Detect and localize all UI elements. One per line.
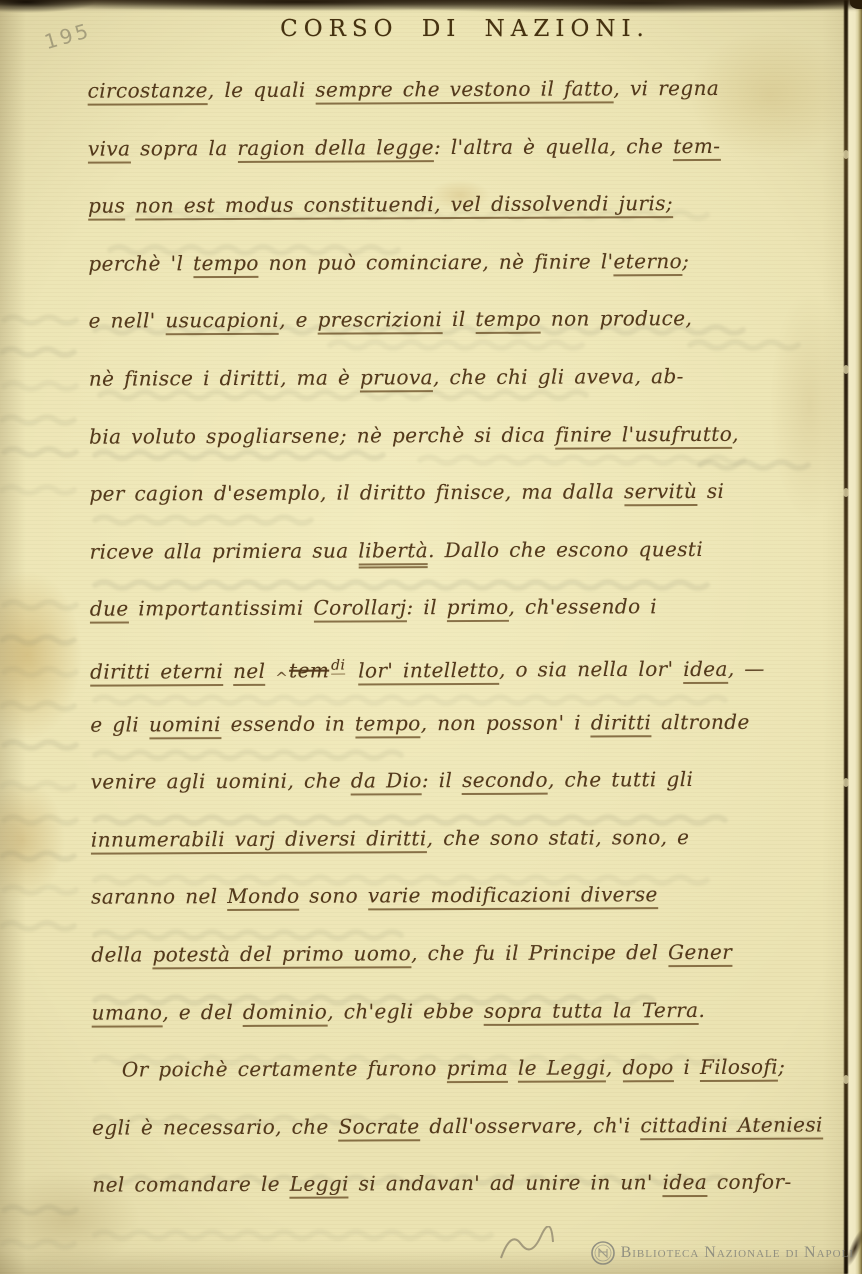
manuscript-word: , che sono stati, sono, e <box>427 825 690 850</box>
manuscript-page: 195 CORSO DI NAZIONI. circostanze, le qu… <box>0 0 862 1274</box>
manuscript-word: , che fu il Principe del <box>411 940 668 965</box>
manuscript-word: altronde <box>651 709 750 733</box>
page-title: CORSO DI NAZIONI. <box>280 16 650 42</box>
manuscript-word: , ch'essendo i <box>508 595 657 620</box>
manuscript-word-underlined: circostanze <box>88 78 208 106</box>
manuscript-word: , — <box>728 656 765 680</box>
ink-squiggle-mark <box>495 1226 559 1266</box>
manuscript-word-underlined: tempo <box>355 711 421 738</box>
manuscript-word: essendo in <box>221 711 355 736</box>
manuscript-word: , <box>732 421 739 445</box>
manuscript-word-underlined: diritti eterni <box>90 659 223 687</box>
manuscript-word-underlined: varie modificazioni diverse <box>368 882 658 910</box>
manuscript-line: perchè 'l tempo non può cominciare, nè f… <box>88 232 840 293</box>
manuscript-word-underlined: pruova <box>360 365 433 392</box>
manuscript-word: perchè 'l <box>88 251 193 275</box>
seam-chip <box>843 365 849 374</box>
manuscript-line: due importantissimi Corollarj: il primo,… <box>90 578 842 639</box>
manuscript-line: circostanze, le quali sempre che vestono… <box>87 59 839 120</box>
manuscript-word: dall'osservare, ch'i <box>420 1113 641 1138</box>
seam-chip <box>843 1075 849 1084</box>
manuscript-line: e nell' usucapioni, e prescrizioni il te… <box>88 290 840 351</box>
manuscript-line: della potestà del primo uomo, che fu il … <box>91 923 843 984</box>
manuscript-word: , ch'egli ebbe <box>327 998 484 1023</box>
manuscript-line: Or poichè certamente furono prima le Leg… <box>92 1038 844 1099</box>
next-page-edge <box>847 0 862 1274</box>
manuscript-word: e gli <box>90 712 149 736</box>
manuscript-word: : l'altra è quella, che <box>434 134 673 159</box>
pencil-folio-number: 195 <box>42 18 94 54</box>
manuscript-word-underlined: diritti <box>591 710 652 737</box>
manuscript-word: saranno nel <box>91 884 227 909</box>
manuscript-word: della <box>91 942 152 966</box>
manuscript-word-underlined: Socrate <box>338 1114 419 1141</box>
manuscript-word-underlined: Mondo <box>227 884 299 911</box>
manuscript-word-underlined: viva <box>88 136 131 163</box>
manuscript-word: bia voluto spogliarsene; nè perchè si di… <box>89 422 555 448</box>
manuscript-line: bia voluto spogliarsene; nè perchè si di… <box>89 405 841 466</box>
manuscript-word: ; <box>778 1055 785 1079</box>
manuscript-word-underlined: idea <box>663 1170 708 1197</box>
manuscript-word-underlined: prima <box>447 1056 509 1083</box>
manuscript-word: per cagion d'esemplo, il diritto finisce… <box>89 479 624 505</box>
manuscript-line: nè finisce i diritti, ma è pruova, che c… <box>89 347 841 408</box>
manuscript-word-underlined: le Leggi <box>518 1055 606 1082</box>
library-stamp: Biblioteca Nazionale di Napoli <box>590 1240 854 1266</box>
manuscript-word-underlined: usucapioni <box>165 308 279 335</box>
manuscript-word-underlined: eterno <box>613 249 682 276</box>
manuscript-word-underlined: sopra tutta la Terra <box>484 997 699 1025</box>
manuscript-word-underlined: Filosofi <box>700 1055 778 1082</box>
manuscript-line: per cagion d'esemplo, il diritto finisce… <box>89 463 841 524</box>
manuscript-line: venire agli uomini, che da Dio: il secon… <box>91 750 843 811</box>
manuscript-word-underlined: tem- <box>673 133 720 160</box>
manuscript-word: sono <box>299 884 367 908</box>
manuscript-word: , <box>606 1055 623 1079</box>
manuscript-line: riceve alla primiera sua libertà. Dallo … <box>90 520 842 581</box>
manuscript-word: venire agli uomini, che <box>91 769 351 794</box>
manuscript-word: : il <box>406 595 446 619</box>
seam-chip <box>843 488 849 497</box>
manuscript-word: il <box>442 307 475 331</box>
manuscript-word: , vi regna <box>613 76 719 100</box>
manuscript-word: sopra la <box>130 136 237 160</box>
manuscript-word-underlined: dopo <box>622 1055 673 1082</box>
manuscript-word: . Dallo che escono questi <box>428 537 703 562</box>
manuscript-word-underlined: Gener <box>668 940 732 967</box>
manuscript-word: , e del <box>162 999 243 1023</box>
manuscript-word <box>125 194 135 218</box>
manuscript-word-underlined: non est modus constituendi, vel dissolve… <box>135 191 673 220</box>
manuscript-word: si <box>697 479 724 503</box>
manuscript-word: , che tutti gli <box>548 767 693 792</box>
manuscript-word <box>223 659 233 683</box>
manuscript-word-underlined: potestà del primo uomo <box>152 941 411 969</box>
library-monogram-icon <box>590 1240 616 1266</box>
manuscript-word: i <box>674 1055 700 1079</box>
manuscript-word-underlined: nel <box>233 658 265 685</box>
manuscript-line: e gli uomini essendo in tempo, non posso… <box>90 693 842 754</box>
seam-chip <box>843 778 849 787</box>
library-stamp-label: Biblioteca Nazionale di Napoli <box>621 1244 854 1262</box>
manuscript-word-underlined: idea <box>683 656 728 683</box>
manuscript-word-underlined: finire l'usufrutto <box>555 421 732 449</box>
manuscript-line: nel comandare le Leggi si andavan' ad un… <box>92 1154 844 1215</box>
manuscript-word-underlined: tempo <box>193 251 259 278</box>
manuscript-line: innumerabili varj diversi diritti, che s… <box>91 808 843 869</box>
manuscript-word-underlined: dominio <box>243 999 327 1026</box>
manuscript-word: , le quali <box>208 78 316 102</box>
paper-stain <box>0 780 65 900</box>
manuscript-line: diritti eterni nel ^temdi lor' intellett… <box>90 635 842 696</box>
manuscript-word-underlined: pus <box>88 194 125 221</box>
manuscript-word: . <box>698 997 705 1021</box>
manuscript-word-underlined: due <box>90 597 129 624</box>
manuscript-word-underlined: servitù <box>624 479 697 506</box>
manuscript-line: saranno nel Mondo sono varie modificazio… <box>91 866 843 927</box>
manuscript-word-underlined: cittadini Ateniesi <box>640 1112 822 1140</box>
manuscript-word: , non posson' i <box>421 710 591 735</box>
manuscript-word <box>348 658 358 682</box>
manuscript-word: importantissimi <box>129 596 314 621</box>
manuscript-word-underlined: da Dio <box>351 768 422 795</box>
manuscript-word: non produce, <box>541 306 692 331</box>
manuscript-word-underlined: uomini <box>149 712 221 739</box>
manuscript-word: , che chi gli aveva, ab- <box>433 364 684 389</box>
manuscript-word-underlined: Leggi <box>290 1172 349 1199</box>
manuscript-line: pus non est modus constituendi, vel diss… <box>88 175 840 236</box>
manuscript-word: : il <box>422 768 462 792</box>
manuscript-line: umano, e del dominio, ch'egli ebbe sopra… <box>92 981 844 1042</box>
manuscript-word: si andavan' ad unire in un' <box>349 1170 663 1195</box>
manuscript-word-underlined: innumerabili varj diversi diritti <box>91 826 427 854</box>
manuscript-word: non può cominciare, nè finire l' <box>259 249 614 275</box>
manuscript-word <box>265 658 275 682</box>
manuscript-word: nel comandare le <box>92 1172 289 1197</box>
manuscript-word-underlined: prescrizioni <box>318 307 443 335</box>
manuscript-word: ^ <box>275 668 288 686</box>
manuscript-word: egli è necessario, che <box>92 1114 338 1139</box>
manuscript-word-underlined: sempre che vestono il fatto <box>315 76 613 104</box>
manuscript-word: confor- <box>707 1170 792 1194</box>
manuscript-word-underlined: Corollarj <box>313 596 406 623</box>
manuscript-word: , o sia nella lor' <box>499 657 683 682</box>
manuscript-word-underlined: umano <box>92 1000 163 1027</box>
manuscript-word: riceve alla primiera sua <box>90 538 359 563</box>
manuscript-word: ; <box>682 249 689 273</box>
manuscript-word: di <box>331 657 345 674</box>
manuscript-word-underlined: libertà <box>358 538 428 568</box>
manuscript-line: egli è necessario, che Socrate dall'osse… <box>92 1096 844 1157</box>
manuscript-word-underlined: ragion della legge <box>237 135 434 163</box>
manuscript-word: e nell' <box>89 309 166 333</box>
manuscript-word: nè finisce i diritti, ma è <box>89 365 360 390</box>
manuscript-word: Or poichè certamente furono <box>122 1056 447 1081</box>
manuscript-line: viva sopra la ragion della legge: l'altr… <box>88 117 840 178</box>
paper-stain <box>0 570 82 740</box>
manuscript-word-underlined: primo <box>447 595 509 622</box>
manuscript-word-underlined: tempo <box>475 307 541 334</box>
manuscript-word-underlined: secondo <box>462 768 548 795</box>
manuscript-text: circostanze, le quali sempre che vestono… <box>87 59 844 1214</box>
manuscript-word: tem <box>289 658 329 682</box>
manuscript-word <box>508 1056 518 1080</box>
manuscript-word-underlined: lor' intelletto <box>358 657 499 685</box>
seam-chip <box>843 150 849 159</box>
manuscript-word: , e <box>279 308 318 332</box>
